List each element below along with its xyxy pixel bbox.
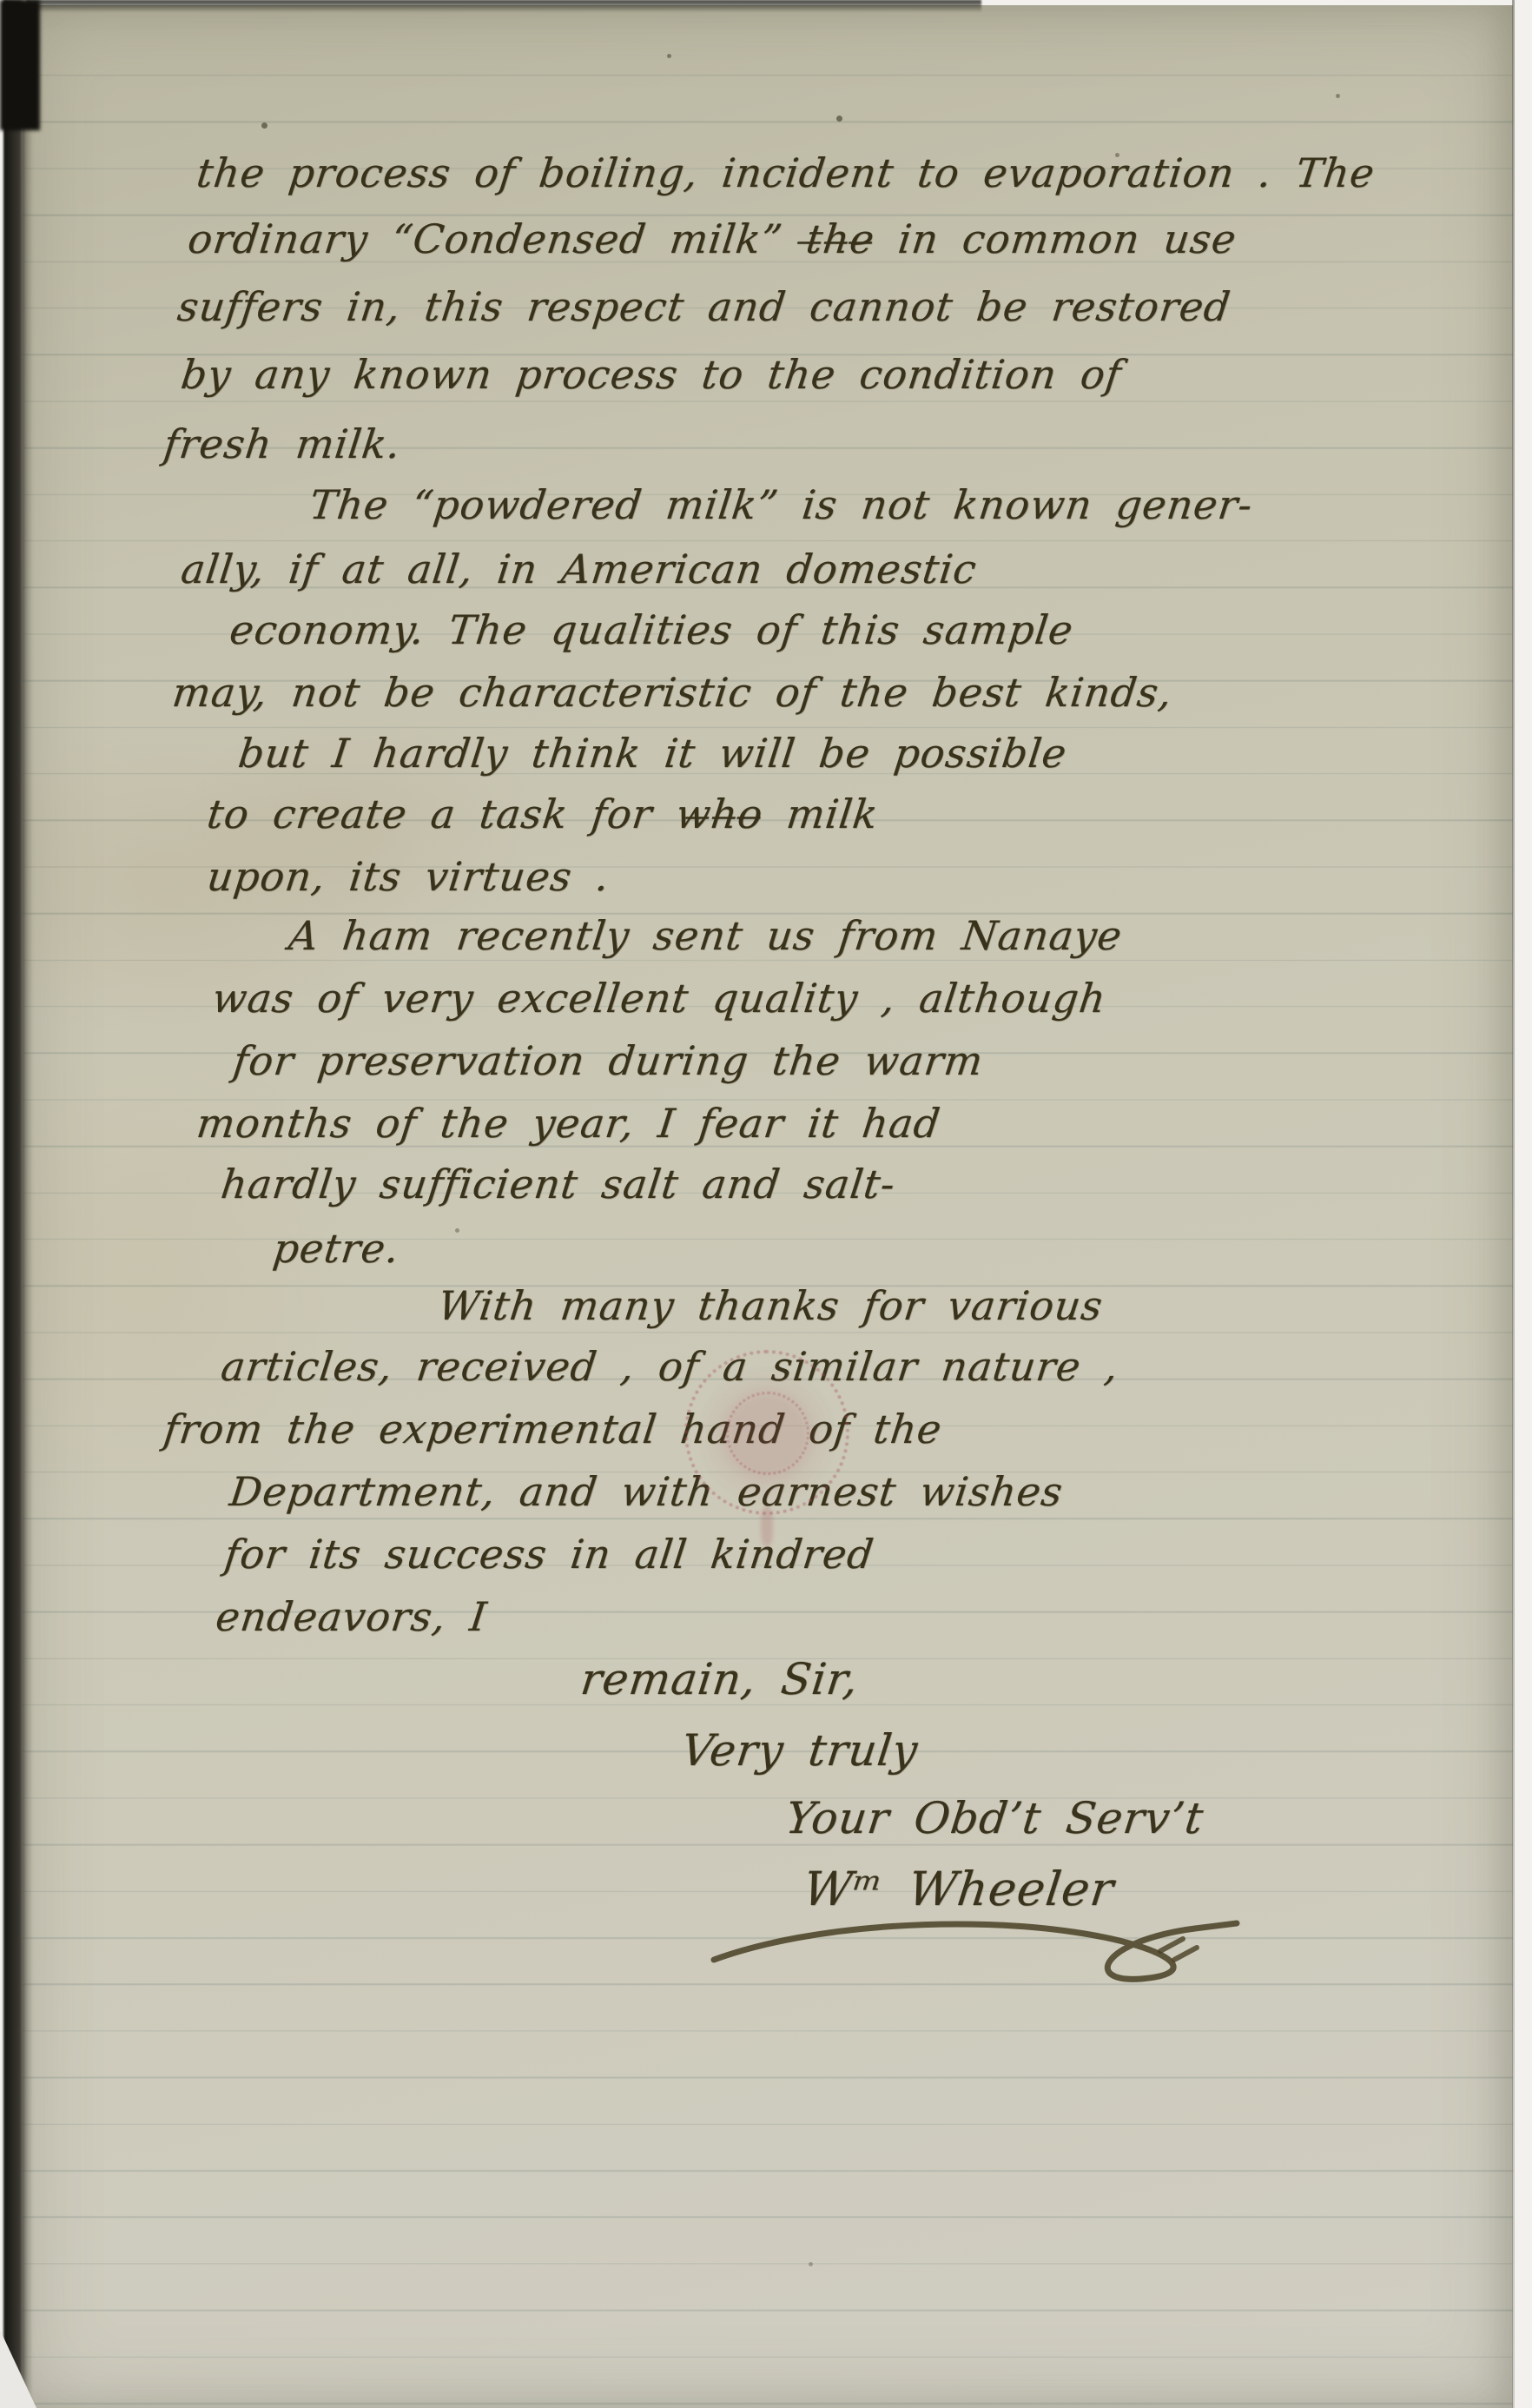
handwritten-line: articles, received , of a similar nature…: [219, 1346, 1121, 1386]
handwritten-line: fresh milk.: [162, 424, 403, 464]
handwritten-line: economy. The qualities of this sample: [228, 610, 1076, 650]
paper-edge-line: [1512, 0, 1515, 2408]
letter-page: the process of boiling, incident to evap…: [23, 5, 1513, 2408]
handwritten-line: Very truly: [679, 1729, 921, 1772]
handwritten-line: Department, and with earnest wishes: [228, 1472, 1066, 1512]
handwritten-line: but I hardly think it will be possible: [236, 733, 1069, 773]
scan-edge-shadow-left: [3, 0, 33, 2408]
handwritten-line: A ham recently sent us from Nanaye: [287, 916, 1125, 956]
handwritten-line: may, not be characteristic of the best k…: [170, 672, 1175, 712]
handwritten-line: upon, its virtues .: [205, 857, 612, 896]
handwritten-line: petre.: [271, 1228, 402, 1268]
handwritten-line: ordinary “Condensed milk” t̶h̶e̶ in comm…: [186, 219, 1238, 259]
handwritten-line: The “powdered milk” is not known gener-: [307, 485, 1255, 525]
handwritten-line: hardly sufficient salt and salt-: [219, 1164, 898, 1204]
signature-flourish: [709, 1899, 1247, 1995]
handwritten-line: remain, Sir,: [578, 1657, 861, 1701]
handwritten-line: to create a task for w̶h̶o̶ milk: [205, 794, 881, 834]
handwritten-line: for preservation during the warm: [231, 1041, 986, 1081]
red-ink-stamp: [684, 1350, 849, 1515]
handwritten-line: endeavors, I: [214, 1597, 489, 1637]
handwritten-line: With many thanks for various: [436, 1286, 1105, 1326]
handwritten-line: for its success in all kindred: [222, 1534, 876, 1574]
handwritten-line: the process of boiling, incident to evap…: [195, 153, 1377, 193]
scan-dark-corner: [0, 0, 40, 130]
handwritten-line: was of very excellent quality , although: [210, 978, 1108, 1018]
handwritten-line: by any known process to the condition of: [179, 354, 1124, 394]
scan-edge-shadow-top: [26, 0, 981, 12]
handwritten-line: ally, if at all, in American domestic: [179, 549, 979, 589]
handwritten-line: suffers in, this respect and cannot be r…: [175, 287, 1233, 327]
handwritten-line: Your Obd’t Serv’t: [783, 1796, 1206, 1840]
paper-corner-cut: [0, 2330, 36, 2408]
red-ink-stamp-inner-ring: [726, 1392, 809, 1475]
handwritten-line: months of the year, I fear it had: [195, 1103, 942, 1143]
red-ink-stamp-smudge: [761, 1506, 773, 1546]
